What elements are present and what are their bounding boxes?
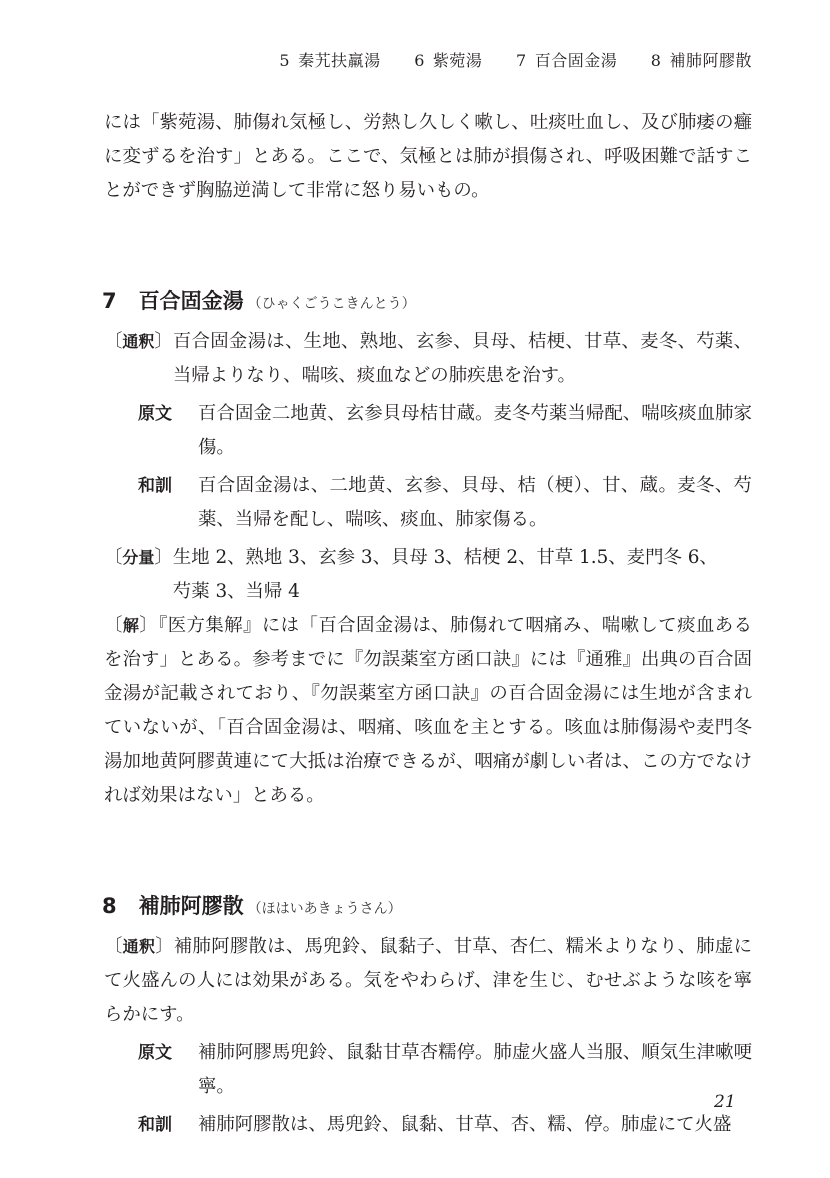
wakun-label: 和訓 (138, 1108, 198, 1142)
page-body: には「紫菀湯、肺傷れ気極し、労熱し久しく嗽し、吐痰吐血し、及び肺痿の癰に変ずるを… (104, 106, 752, 1142)
dosage-line: 芍薬 3、当帰 4 (173, 575, 752, 609)
intro-paragraph: には「紫菀湯、肺傷れ気極し、労熱し久しく嗽し、吐痰吐血し、及び肺痿の癰に変ずるを… (104, 106, 752, 208)
genbun-entry: 原文 百合固金二地黄、玄参貝母桔甘蔵。麦冬芍薬当帰配、喘咳痰血肺家傷。 (138, 397, 752, 465)
section-reading: （ひゃくごうこきんとう） (248, 296, 416, 312)
section-reading: （ほはいあきょうさん） (248, 901, 402, 917)
section-heading: 8補肺阿膠散（ほはいあきょうさん） (102, 889, 752, 926)
page-number: 21 (714, 1092, 736, 1112)
tsushaku-label: 〔通釈〕 (104, 325, 173, 393)
bunryo-entry: 〔分量〕 生地 2、熟地 3、玄参 3、貝母 3、桔梗 2、甘草 1.5、麦門冬… (104, 541, 752, 609)
genbun-label: 原文 (138, 1036, 198, 1104)
header-item: 7百合固金湯 (502, 51, 617, 70)
header-item: 8補肺阿膠散 (637, 51, 752, 70)
kai-entry: 〔解〕『医方集解』には「百合固金湯は、肺傷れて咽痛み、喘嗽して痰血あるを治す」と… (104, 609, 752, 813)
tsushaku-label: 通釈 (123, 937, 156, 956)
genbun-entry: 原文 補肺阿膠馬兜鈴、鼠黏甘草杏糯停。肺虚火盛人当服、順気生津嗽哽寧。 (138, 1036, 752, 1104)
wakun-entry: 和訓 補肺阿膠散は、馬兜鈴、鼠黏、甘草、杏、糯、停。肺虚にて火盛 (138, 1108, 752, 1142)
section-spacer (104, 208, 752, 284)
section-8: 8補肺阿膠散（ほはいあきょうさん） 〔通釈〕補肺阿膠散は、馬兜鈴、鼠黏子、甘草、… (104, 889, 752, 1142)
tsushaku-entry: 〔通釈〕補肺阿膠散は、馬兜鈴、鼠黏子、甘草、杏仁、糯米よりなり、肺虚にて火盛んの… (104, 930, 752, 1032)
bunryo-label: 〔分量〕 (104, 541, 173, 609)
section-heading: 7百合固金湯（ひゃくごうこきんとう） (102, 284, 752, 321)
section-spacer (104, 813, 752, 889)
genbun-label: 原文 (138, 397, 198, 465)
wakun-label: 和訓 (138, 469, 198, 537)
tsushaku-entry: 〔通釈〕 百合固金湯は、生地、熟地、玄参、貝母、桔梗、甘草、麦冬、芍薬、当帰より… (104, 325, 752, 393)
dosage-line: 生地 2、熟地 3、玄参 3、貝母 3、桔梗 2、甘草 1.5、麦門冬 6、 (173, 541, 752, 575)
kai-label: 解 (123, 616, 139, 635)
running-header: 5秦艽扶羸湯 6紫菀湯 7百合固金湯 8補肺阿膠散 (251, 48, 752, 71)
wakun-entry: 和訓 百合固金湯は、二地黄、玄参、貝母、桔（梗）、甘、蔵。麦冬、芍薬、当帰を配し… (138, 469, 752, 537)
header-item: 5秦艽扶羸湯 (265, 51, 380, 70)
section-7: 7百合固金湯（ひゃくごうこきんとう） 〔通釈〕 百合固金湯は、生地、熟地、玄参、… (104, 284, 752, 813)
header-item: 6紫菀湯 (400, 51, 482, 70)
